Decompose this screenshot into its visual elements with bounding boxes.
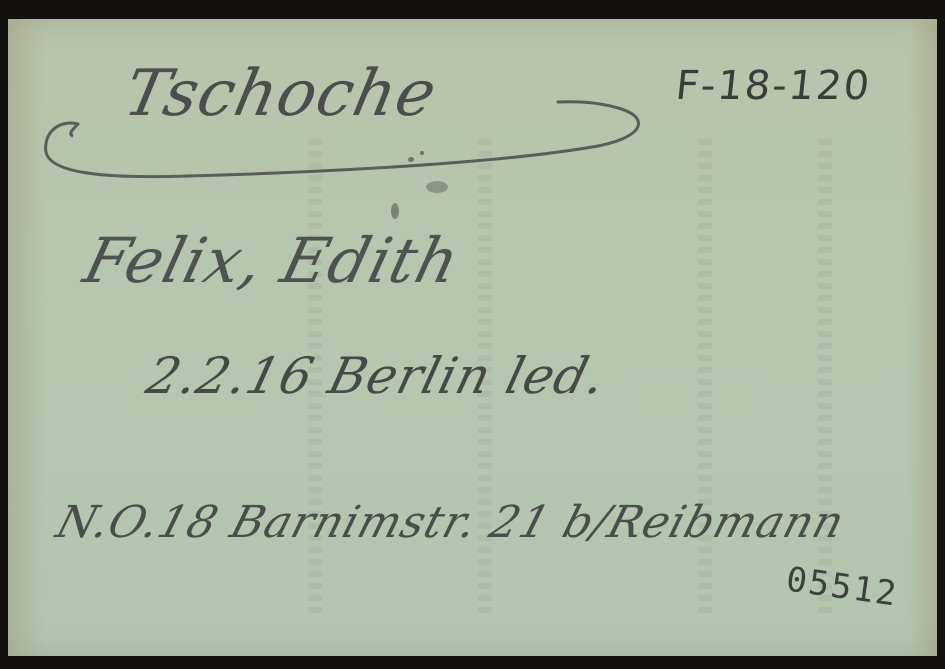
ink-speck — [420, 151, 424, 155]
ink-speck — [426, 181, 448, 193]
surname: Tschoche — [118, 57, 443, 131]
index-card: Tschoche F-18-120 Felix, Edith 2.2.16 Be… — [8, 19, 937, 656]
reference-number: F-18-120 — [674, 63, 874, 109]
ink-speck — [391, 203, 399, 219]
address: N.O.18 Barnimstr. 21 b/Reibmann — [51, 497, 851, 548]
stamp-number: 05512 — [784, 559, 901, 614]
given-names: Felix, Edith — [77, 224, 467, 297]
ink-speck — [408, 157, 414, 162]
scan-frame: Tschoche F-18-120 Felix, Edith 2.2.16 Be… — [0, 0, 945, 669]
birth-date-place: 2.2.16 Berlin led. — [141, 347, 612, 405]
